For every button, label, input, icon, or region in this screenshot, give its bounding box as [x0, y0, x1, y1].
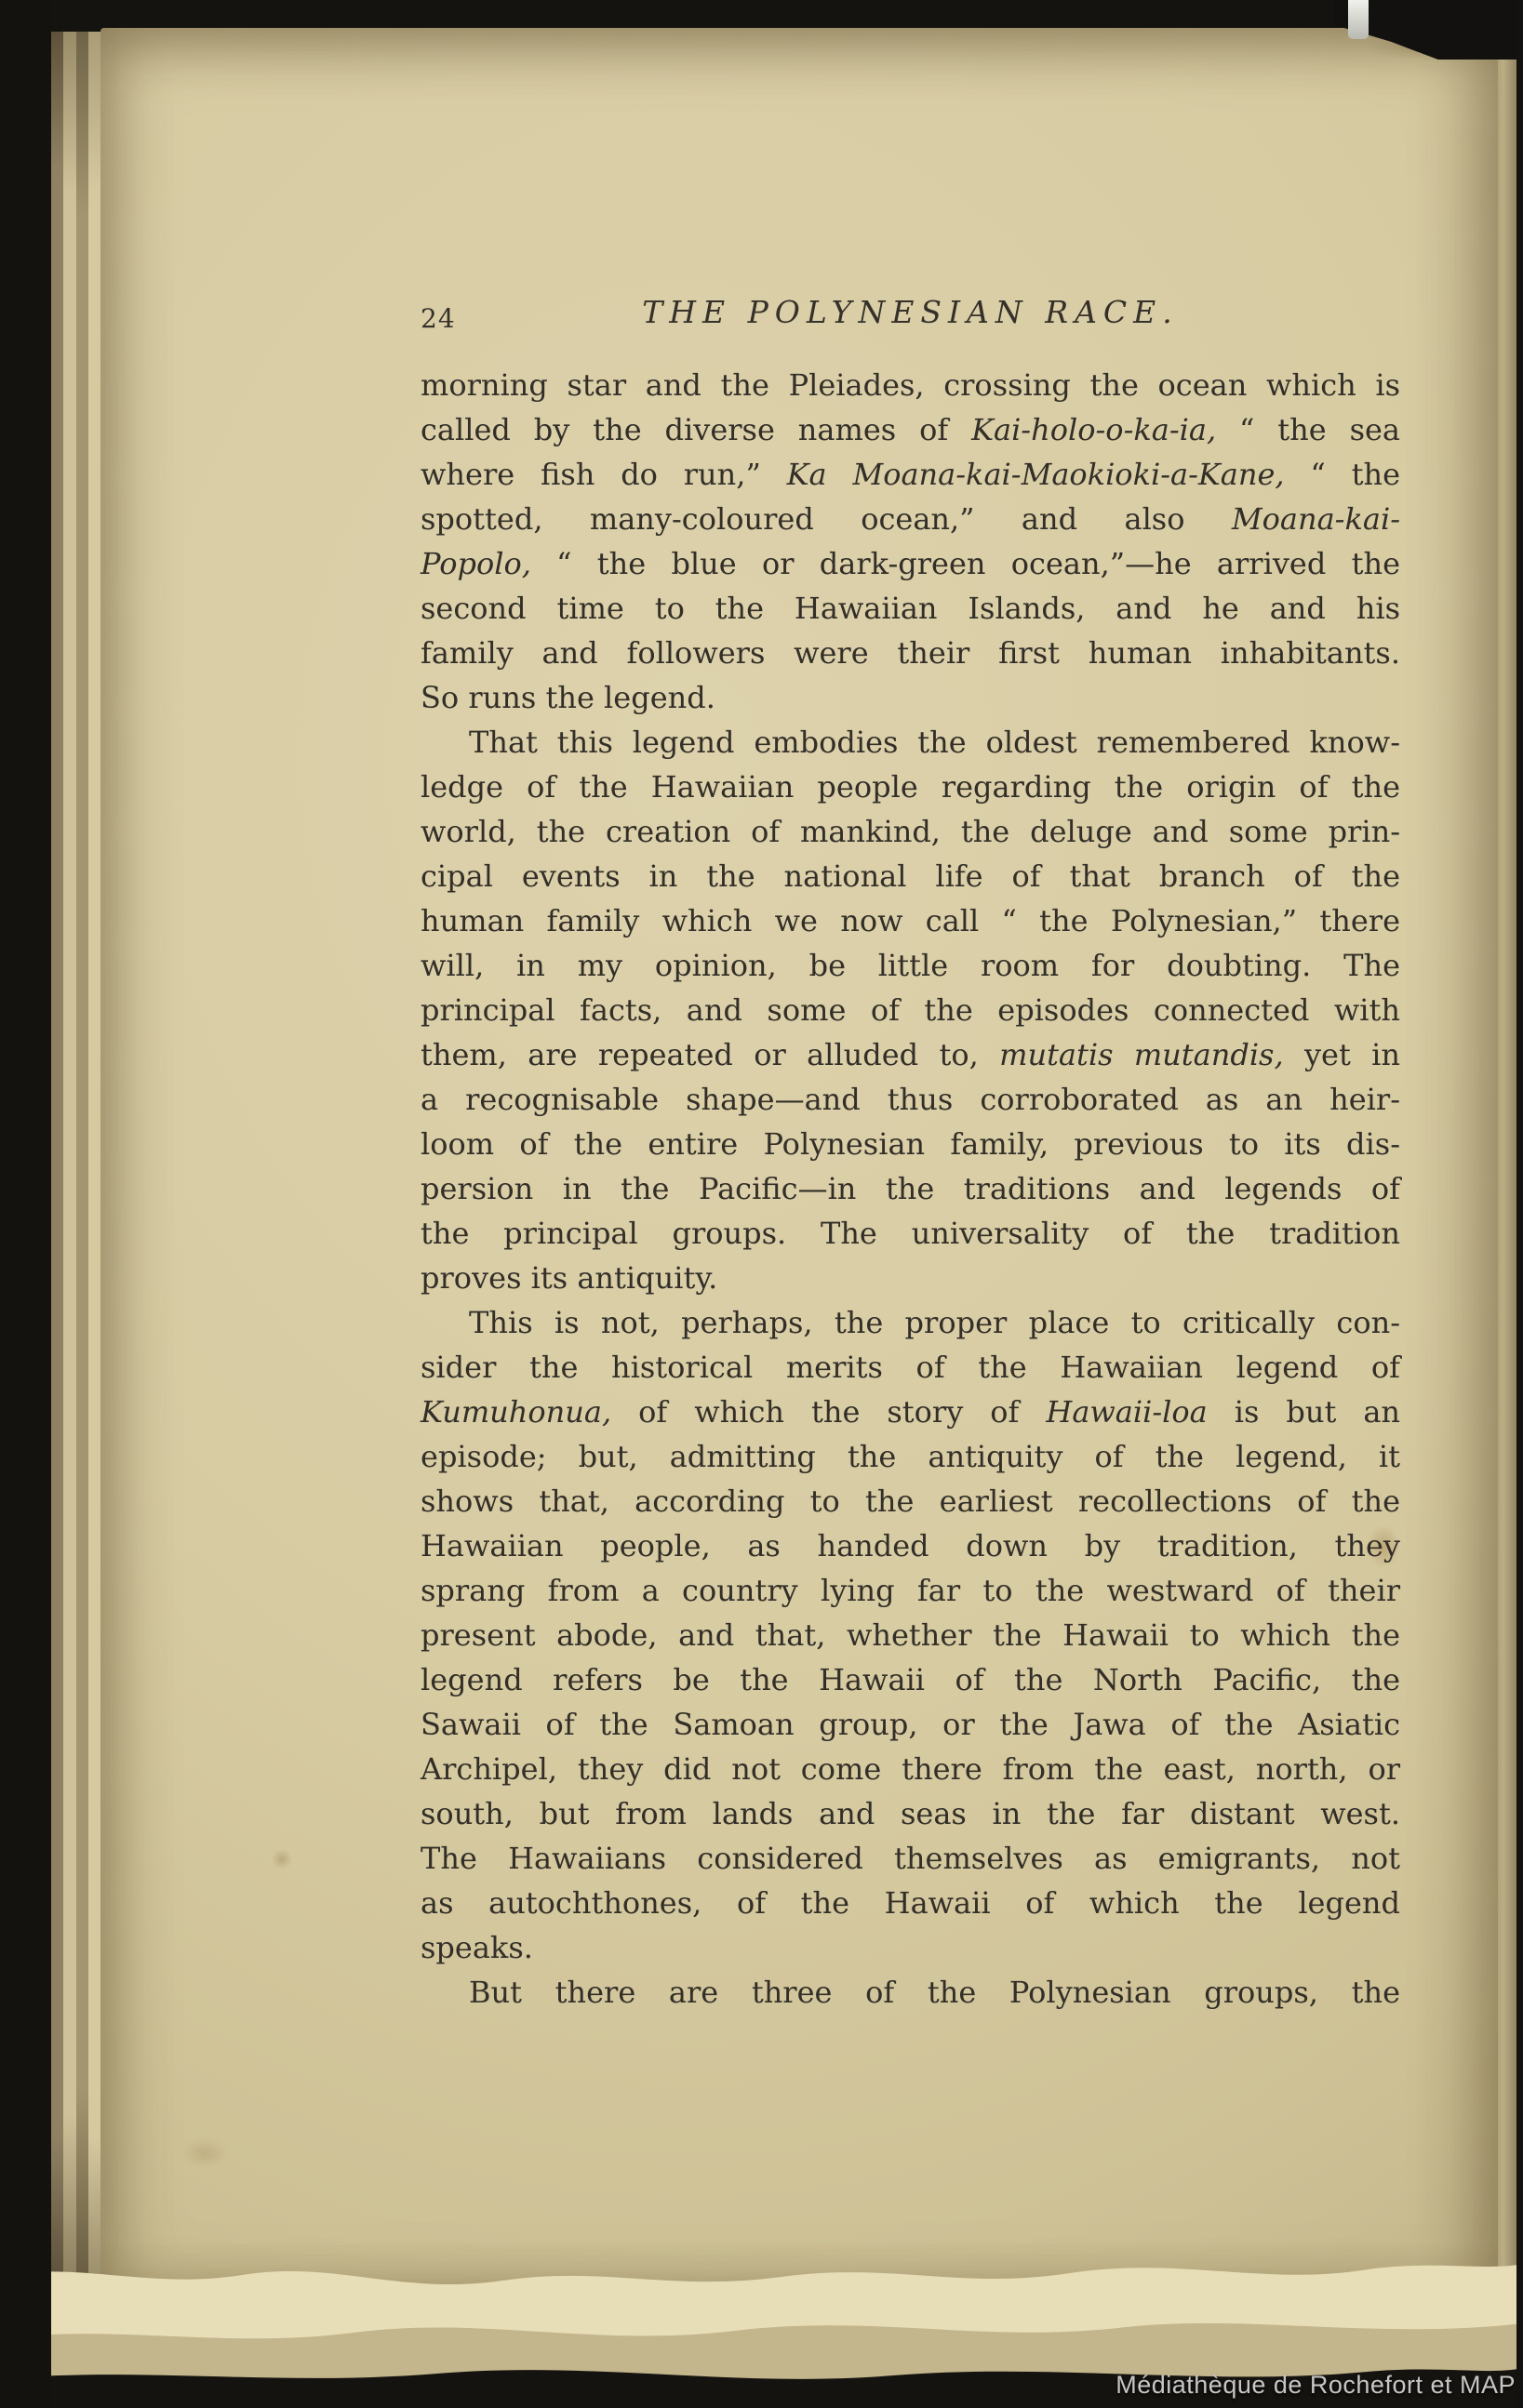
text-line: persion in the Pacific—in the traditions…	[421, 1166, 1400, 1211]
left-page-stack	[51, 32, 107, 2320]
text-line: Popolo, “ the blue or dark-green ocean,”…	[421, 541, 1400, 586]
text-line: So runs the legend.	[421, 675, 1400, 720]
book-clamp	[1348, 0, 1369, 39]
paragraph: morning star and the Pleiades, crossing …	[421, 363, 1400, 720]
text-line: cipal events in the national life of tha…	[421, 854, 1400, 898]
text-line: second time to the Hawaiian Islands, and…	[421, 586, 1400, 631]
text-line: That this legend embodies the oldest rem…	[421, 720, 1400, 765]
text-line: legend refers be the Hawaii of the North…	[421, 1657, 1400, 1702]
text-line: This is not, perhaps, the proper place t…	[421, 1300, 1400, 1345]
scanned-book-photo: 24 THE POLYNESIAN RACE. morning star and…	[0, 0, 1523, 2408]
text-line: Kumuhonua, of which the story of Hawaii-…	[421, 1390, 1400, 1434]
text-line: sider the historical merits of the Hawai…	[421, 1345, 1400, 1390]
text-line: proves its antiquity.	[421, 1256, 1400, 1300]
text-line: present abode, and that, whether the Haw…	[421, 1613, 1400, 1657]
paragraph: But there are three of the Polynesian gr…	[421, 1970, 1400, 2015]
page-edge-strip	[63, 32, 76, 2320]
text-line: as autochthones, of the Hawaii of which …	[421, 1881, 1400, 1925]
text-line: a recognisable shape—and thus corroborat…	[421, 1077, 1400, 1122]
text-line: episode; but, admitting the antiquity of…	[421, 1434, 1400, 1479]
page-edge-strip	[76, 32, 88, 2320]
text-line: where fish do run,” Ka Moana-kai-Maokiok…	[421, 452, 1400, 497]
text-line: ledge of the Hawaiian people regarding t…	[421, 765, 1400, 809]
paragraph: That this legend embodies the oldest rem…	[421, 720, 1400, 1300]
page-edge-strip	[51, 32, 63, 2320]
text-line: principal facts, and some of the episode…	[421, 988, 1400, 1032]
text-line: sprang from a country lying far to the w…	[421, 1568, 1400, 1613]
scan-bed-left	[0, 0, 51, 2408]
paragraph: This is not, perhaps, the proper place t…	[421, 1300, 1400, 1970]
text-line: family and followers were their first hu…	[421, 631, 1400, 675]
library-watermark: Médiathèque de Rochefort et MAP	[1116, 2371, 1516, 2400]
text-line: them, are repeated or alluded to, mutati…	[421, 1032, 1400, 1077]
text-line: called by the diverse names of Kai-holo-…	[421, 407, 1400, 452]
text-line: south, but from lands and seas in the fa…	[421, 1791, 1400, 1836]
text-line: shows that, according to the earliest re…	[421, 1479, 1400, 1523]
text-line: Archipel, they did not come there from t…	[421, 1747, 1400, 1791]
body-text: morning star and the Pleiades, crossing …	[421, 363, 1400, 2015]
running-title: THE POLYNESIAN RACE.	[421, 294, 1400, 330]
scan-bed-right	[1516, 0, 1523, 2408]
text-line: world, the creation of mankind, the delu…	[421, 809, 1400, 854]
text-line: will, in my opinion, be little room for …	[421, 943, 1400, 988]
text-line: speaks.	[421, 1925, 1400, 1970]
text-line: Sawaii of the Samoan group, or the Jawa …	[421, 1702, 1400, 1747]
text-line: Hawaiian people, as handed down by tradi…	[421, 1523, 1400, 1568]
text-line: loom of the entire Polynesian family, pr…	[421, 1122, 1400, 1166]
text-line: human family which we now call “ the Pol…	[421, 898, 1400, 943]
text-line: morning star and the Pleiades, crossing …	[421, 363, 1400, 407]
text-line: But there are three of the Polynesian gr…	[421, 1970, 1400, 2015]
text-line: the principal groups. The universality o…	[421, 1211, 1400, 1256]
text-line: The Hawaiians considered themselves as e…	[421, 1836, 1400, 1881]
text-line: spotted, many-coloured ocean,” and also …	[421, 497, 1400, 541]
